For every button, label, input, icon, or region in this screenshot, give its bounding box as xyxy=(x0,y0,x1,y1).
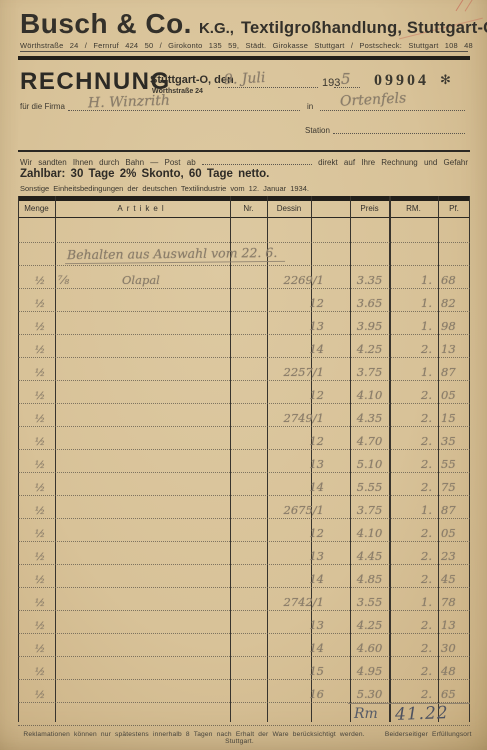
cell-pf: 98 xyxy=(441,319,469,333)
item-rows: ½ ⅞ Olapal 2269/1 3.35 1. 68 ½ 12 3.65 1… xyxy=(18,266,470,703)
col-header-menge: Menge xyxy=(18,204,55,213)
cell-menge: ½ xyxy=(26,551,54,563)
cell-pf: 13 xyxy=(441,618,469,632)
cell-menge: ½ xyxy=(26,436,54,448)
table-row: ½ 13 4.45 2. 23 xyxy=(18,542,470,565)
cell-menge: ½ xyxy=(26,482,54,494)
cell-pf: 05 xyxy=(441,526,469,540)
cell-menge: ½ xyxy=(26,505,54,517)
cell-rm: 1. xyxy=(389,365,432,379)
invoice-document: Busch & Co. K.G., Textilgroßhandlung, St… xyxy=(0,0,487,750)
cell-rm: 2. xyxy=(389,457,432,471)
cell-dessin: 2257/1 xyxy=(230,365,324,379)
cell-preis: 4.45 xyxy=(351,549,388,563)
cell-pf: 15 xyxy=(441,411,469,425)
handwritten-firma: H. Winzrith xyxy=(88,93,170,112)
cell-dessin: 16 xyxy=(230,687,324,701)
cell-preis: 3.35 xyxy=(351,273,388,287)
cell-preis: 3.75 xyxy=(351,503,388,517)
table-row: ½ 2749/1 4.35 2. 15 xyxy=(18,404,470,427)
table-row: ½ 14 4.25 2. 13 xyxy=(18,335,470,358)
cell-menge: ½ xyxy=(26,459,54,471)
table-row: ½ ⅞ Olapal 2269/1 3.35 1. 68 xyxy=(18,266,470,289)
col-header-preis: Preis xyxy=(350,204,389,213)
cell-dessin: 2742/1 xyxy=(230,595,324,609)
heavy-divider xyxy=(18,56,470,60)
table-row: ½ 14 4.85 2. 45 xyxy=(18,565,470,588)
date-line xyxy=(218,87,318,88)
cell-rm: 2. xyxy=(389,388,432,402)
cell-menge: ½ xyxy=(26,413,54,425)
company-name: Busch & Co. xyxy=(20,8,192,40)
invoice-number: 09904 xyxy=(374,72,429,90)
shipping-dotted-line xyxy=(202,164,313,165)
cell-dessin: 15 xyxy=(230,664,324,678)
cell-pf: 23 xyxy=(441,549,469,563)
cell-menge: ½ xyxy=(26,689,54,701)
table-header-row: Menge Artikel Nr. Dessin Preis RM. Pf. xyxy=(18,201,470,218)
cell-preis: 4.10 xyxy=(351,388,388,402)
cell-pf: 82 xyxy=(441,296,469,310)
place-date-label: Stuttgart-O, den xyxy=(150,74,234,86)
shipping-line: Wir sandten Ihnen durch Bahn — Post ab d… xyxy=(20,158,468,167)
table-row: ½ 14 4.60 2. 30 xyxy=(18,634,470,657)
handwritten-place: Ortenfels xyxy=(340,90,407,109)
cell-pf: 68 xyxy=(441,273,469,287)
cell-artikel: ⅞ xyxy=(58,273,69,287)
handwritten-date: 9. Juli xyxy=(224,70,266,88)
cell-pf: 13 xyxy=(441,342,469,356)
cell-pf: 87 xyxy=(441,503,469,517)
cell-menge: ½ xyxy=(26,390,54,402)
col-header-pf: Pf. xyxy=(438,204,470,213)
footer-note: Reklamationen können nur spätestens inne… xyxy=(0,731,487,745)
handwritten-year: 5 xyxy=(341,70,351,88)
table-row: ½ 2742/1 3.55 1. 78 xyxy=(18,588,470,611)
company-legal-form: K.G., xyxy=(199,20,234,37)
cell-menge: ½ xyxy=(26,620,54,632)
table-row: ½ 2257/1 3.75 1. 87 xyxy=(18,358,470,381)
cell-pf: 65 xyxy=(441,687,469,701)
table-row: ½ 12 4.10 2. 05 xyxy=(18,381,470,404)
cell-menge: ½ xyxy=(26,643,54,655)
cell-preis: 5.30 xyxy=(351,687,388,701)
cell-rm: 2. xyxy=(389,480,432,494)
total-amount: 41.22 xyxy=(395,703,449,725)
cell-rm: 2. xyxy=(389,434,432,448)
company-business: Textilgroßhandlung, Stuttgart-O xyxy=(241,19,487,38)
cell-rm: 2. xyxy=(389,664,432,678)
cell-rm: 2. xyxy=(389,411,432,425)
cell-menge: ½ xyxy=(26,275,54,287)
cell-pf: 45 xyxy=(441,572,469,586)
cell-preis: 4.35 xyxy=(351,411,388,425)
payment-terms: Zahlbar: 30 Tage 2% Skonto, 60 Tage nett… xyxy=(20,168,269,180)
page-title: RECHNUNG xyxy=(20,68,171,96)
cell-rm: 1. xyxy=(389,273,432,287)
shipping-left: Wir sandten Ihnen durch Bahn — Post ab xyxy=(20,158,196,167)
table-row: ½ 14 5.55 2. 75 xyxy=(18,473,470,496)
cell-rm: 2. xyxy=(389,342,432,356)
divider xyxy=(20,51,468,52)
cell-rm: 2. xyxy=(389,687,432,701)
cell-preis: 4.70 xyxy=(351,434,388,448)
cell-artikel-name: Olapal xyxy=(122,273,160,287)
cell-dessin: 2749/1 xyxy=(230,411,324,425)
cell-pf: 87 xyxy=(441,365,469,379)
contact-line: Wörthstraße 24 / Fernruf 424 50 / Giroko… xyxy=(20,41,468,50)
cell-preis: 5.10 xyxy=(351,457,388,471)
table-body: Behalten aus Auswahl vom 22. 6. ½ ⅞ Olap… xyxy=(18,218,470,729)
claims-note: Reklamationen können nur spätestens inne… xyxy=(23,731,364,738)
cell-rm: 2. xyxy=(389,641,432,655)
col-header-nr: Nr. xyxy=(230,204,267,213)
total-currency-label: Rm xyxy=(354,706,378,722)
cell-dessin: 12 xyxy=(230,296,324,310)
cell-dessin: 14 xyxy=(230,641,324,655)
note-row: Behalten aus Auswahl vom 22. 6. xyxy=(18,243,470,266)
letterhead: Busch & Co. K.G., Textilgroßhandlung, St… xyxy=(20,8,470,40)
table-row: ½ 13 4.25 2. 13 xyxy=(18,611,470,634)
empty-row xyxy=(18,218,470,243)
cell-dessin: 14 xyxy=(230,342,324,356)
in-label: in xyxy=(307,102,313,111)
table-row: ½ 12 4.10 2. 05 xyxy=(18,519,470,542)
cell-rm: 2. xyxy=(389,549,432,563)
table-row: ½ 15 4.95 2. 48 xyxy=(18,657,470,680)
cell-preis: 4.10 xyxy=(351,526,388,540)
year-line xyxy=(334,87,360,88)
table-row: ½ 12 3.65 1. 82 xyxy=(18,289,470,312)
handwritten-note: Behalten aus Auswahl vom 22. 6. xyxy=(65,245,285,264)
cell-preis: 3.95 xyxy=(351,319,388,333)
cell-preis: 3.65 xyxy=(351,296,388,310)
col-header-dessin: Dessin xyxy=(267,204,311,213)
table-row: ½ 12 4.70 2. 35 xyxy=(18,427,470,450)
cell-dessin: 12 xyxy=(230,388,324,402)
divider xyxy=(18,150,470,152)
cell-dessin: 2675/1 xyxy=(230,503,324,517)
in-line xyxy=(320,110,465,111)
cell-preis: 4.25 xyxy=(351,618,388,632)
cell-rm: 1. xyxy=(389,503,432,517)
cell-menge: ½ xyxy=(26,574,54,586)
cell-preis: 3.75 xyxy=(351,365,388,379)
cell-menge: ½ xyxy=(26,367,54,379)
station-line xyxy=(333,133,465,134)
cell-dessin: 13 xyxy=(230,319,324,333)
cell-dessin: 12 xyxy=(230,526,324,540)
cell-preis: 3.55 xyxy=(351,595,388,609)
table-row: ½ 16 5.30 2. 65 xyxy=(18,680,470,703)
cell-menge: ½ xyxy=(26,298,54,310)
cell-preis: 4.85 xyxy=(351,572,388,586)
cell-pf: 30 xyxy=(441,641,469,655)
cell-rm: 1. xyxy=(389,319,432,333)
cell-pf: 05 xyxy=(441,388,469,402)
table-bottom-rule xyxy=(18,725,470,726)
cell-rm: 1. xyxy=(389,296,432,310)
col-header-rm: RM. xyxy=(389,204,438,213)
cell-dessin: 13 xyxy=(230,618,324,632)
table-row: ½ 13 3.95 1. 98 xyxy=(18,312,470,335)
cell-rm: 2. xyxy=(389,618,432,632)
cell-dessin: 14 xyxy=(230,572,324,586)
table-row: ½ 2675/1 3.75 1. 87 xyxy=(18,496,470,519)
cell-menge: ½ xyxy=(26,666,54,678)
cell-rm: 2. xyxy=(389,572,432,586)
cell-pf: 35 xyxy=(441,434,469,448)
cell-preis: 4.25 xyxy=(351,342,388,356)
cell-preis: 5.55 xyxy=(351,480,388,494)
cell-rm: 1. xyxy=(389,595,432,609)
cell-dessin: 13 xyxy=(230,549,324,563)
line-items-table: Menge Artikel Nr. Dessin Preis RM. Pf. B… xyxy=(18,196,470,730)
cell-pf: 48 xyxy=(441,664,469,678)
cell-dessin: 2269/1 xyxy=(230,273,324,287)
cell-dessin: 14 xyxy=(230,480,324,494)
cell-pf: 78 xyxy=(441,595,469,609)
cell-dessin: 12 xyxy=(230,434,324,448)
cell-preis: 4.95 xyxy=(351,664,388,678)
cell-pf: 55 xyxy=(441,457,469,471)
conditions-note: Sonstige Einheitsbedingungen der deutsch… xyxy=(20,184,309,193)
cell-menge: ½ xyxy=(26,344,54,356)
cell-rm: 2. xyxy=(389,526,432,540)
station-label: Station xyxy=(305,126,330,135)
firma-label: für die Firma xyxy=(20,102,65,111)
cell-menge: ½ xyxy=(26,597,54,609)
cell-preis: 4.60 xyxy=(351,641,388,655)
col-header-artikel: Artikel xyxy=(55,204,230,213)
cell-dessin: 13 xyxy=(230,457,324,471)
cell-pf: 75 xyxy=(441,480,469,494)
cell-menge: ½ xyxy=(26,528,54,540)
table-row: ½ 13 5.10 2. 55 xyxy=(18,450,470,473)
asterisk-star-icon: ✻ xyxy=(440,72,451,88)
shipping-right: direkt auf Ihre Rechnung und Gefahr xyxy=(318,158,468,167)
cell-menge: ½ xyxy=(26,321,54,333)
